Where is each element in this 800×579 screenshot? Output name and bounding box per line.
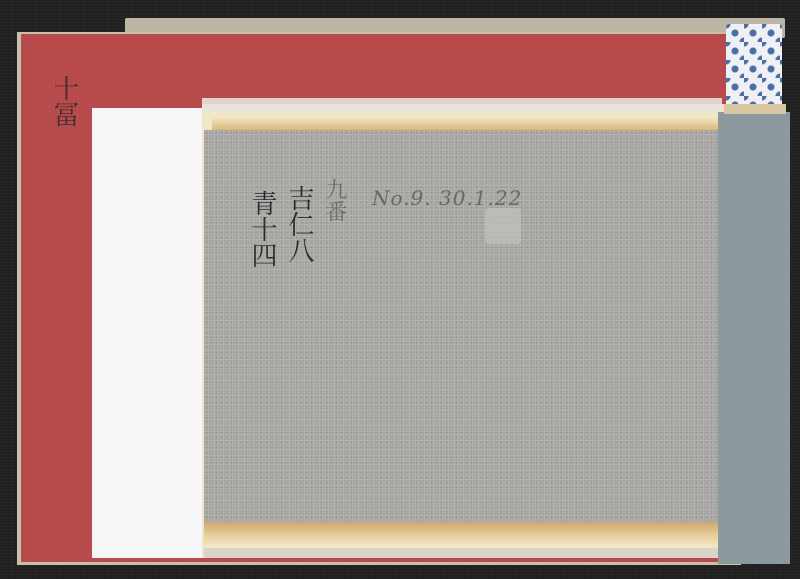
tissue-bottom-edge — [204, 548, 720, 558]
tissue-top-edge — [202, 98, 722, 112]
patterned-fabric-tab — [726, 24, 782, 108]
inscription-middle: 吉仁八 — [285, 185, 313, 263]
cover-title-calligraphy: 十冨 — [38, 75, 78, 127]
white-insert-sheet — [92, 108, 204, 558]
stain-bottom-band — [204, 522, 720, 546]
inscription-left: 青十四 — [248, 190, 276, 268]
blue-gray-spine — [718, 112, 790, 564]
catalog-number: No.9. 30.1.22 — [372, 186, 522, 210]
inscription-right: 九番 — [320, 178, 348, 222]
paper-repair-patch — [485, 208, 521, 244]
tab-base-strip — [724, 104, 786, 114]
